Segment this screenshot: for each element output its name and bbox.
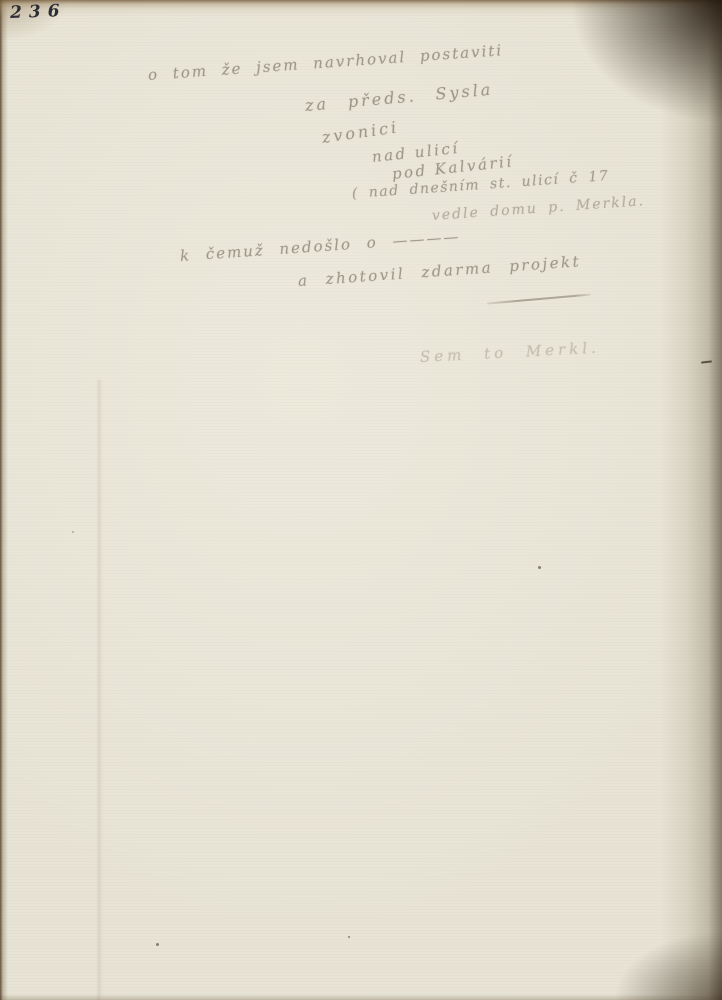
paper-speck xyxy=(538,566,541,569)
handwritten-note-line-9: a zhotovil zdarma projekt xyxy=(297,252,581,290)
handwritten-note-line-10: Sem to Merkl. xyxy=(420,339,601,366)
paper-speck xyxy=(156,943,159,946)
handwritten-note-line-3: zvonici xyxy=(321,117,400,147)
handwritten-note-line-8: k čemuž nedošlo o ———— xyxy=(179,227,461,265)
handwritten-note-line-2: za předs. Sysla xyxy=(304,80,494,115)
pencil-dash-mark xyxy=(701,360,712,363)
page-crease-shadow xyxy=(96,380,104,1000)
paper-speck xyxy=(72,531,74,533)
scanned-chronicle-page: 236 o tom že jsem navrhoval postaviti za… xyxy=(0,0,722,1000)
page-number: 236 xyxy=(10,1,67,23)
paper-speck xyxy=(348,936,350,938)
handwritten-note-line-1: o tom že jsem navrhoval postaviti xyxy=(147,41,503,84)
handwritten-note-line-7: vedle domu p. Merkla. xyxy=(431,193,645,224)
pencil-underline xyxy=(487,293,591,304)
